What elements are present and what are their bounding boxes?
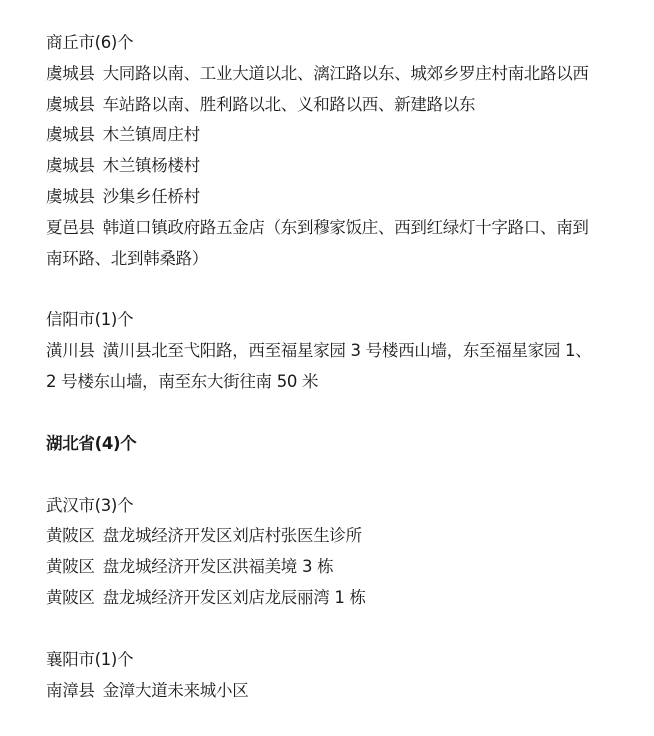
spacer <box>46 398 646 429</box>
list-item: 南漳县金漳大道未来城小区 <box>46 676 646 707</box>
spacer <box>46 460 646 491</box>
list-item: 虞城县大同路以南、工业大道以北、漓江路以东、城郊乡罗庄村南北路以西 <box>46 59 646 90</box>
list-item: 虞城县沙集乡任桥村 <box>46 182 646 213</box>
list-item: 夏邑县韩道口镇政府路五金店（东到穆家饭庄、西到红绿灯十字路口、南到 <box>46 213 646 244</box>
location-text: 木兰镇周庄村 <box>103 125 200 144</box>
city-header-xinyang: 信阳市(1)个 <box>46 305 646 336</box>
document-body: 商丘市(6)个 虞城县大同路以南、工业大道以北、漓江路以东、城郊乡罗庄村南北路以… <box>46 28 646 706</box>
county-name: 虞城县 <box>46 156 95 175</box>
county-name: 虞城县 <box>46 125 95 144</box>
location-text: 沙集乡任桥村 <box>103 187 200 206</box>
county-name: 黄陂区 <box>46 557 95 576</box>
list-item: 虞城县木兰镇杨楼村 <box>46 151 646 182</box>
city-header-xiangyang: 襄阳市(1)个 <box>46 645 646 676</box>
spacer <box>46 274 646 305</box>
county-name: 南漳县 <box>46 681 95 700</box>
county-name: 黄陂区 <box>46 526 95 545</box>
list-item: 虞城县木兰镇周庄村 <box>46 120 646 151</box>
spacer <box>46 614 646 645</box>
province-header-hubei: 湖北省(4)个 <box>46 429 646 460</box>
list-item: 虞城县车站路以南、胜利路以北、义和路以西、新建路以东 <box>46 90 646 121</box>
location-text: 韩道口镇政府路五金店（东到穆家饭庄、西到红绿灯十字路口、南到 <box>103 218 589 237</box>
location-text: 金漳大道未来城小区 <box>103 681 249 700</box>
county-name: 黄陂区 <box>46 588 95 607</box>
list-item: 黄陂区盘龙城经济开发区洪福美境 3 栋 <box>46 552 646 583</box>
list-item: 潢川县潢川县北至弋阳路，西至福星家园 3 号楼西山墙，东至福星家园 1、 <box>46 336 646 367</box>
list-item-continuation: 南环路、北到韩桑路） <box>46 244 646 275</box>
location-text: 车站路以南、胜利路以北、义和路以西、新建路以东 <box>103 95 476 114</box>
city-header-shangqiu: 商丘市(6)个 <box>46 28 646 59</box>
location-text: 潢川县北至弋阳路，西至福星家园 3 号楼西山墙，东至福星家园 1、 <box>103 341 592 360</box>
list-item: 黄陂区盘龙城经济开发区刘店村张医生诊所 <box>46 521 646 552</box>
location-text: 盘龙城经济开发区刘店龙辰丽湾 1 栋 <box>103 588 366 607</box>
county-name: 潢川县 <box>46 341 95 360</box>
county-name: 虞城县 <box>46 64 95 83</box>
county-name: 夏邑县 <box>46 218 95 237</box>
location-text: 木兰镇杨楼村 <box>103 156 200 175</box>
location-text: 盘龙城经济开发区刘店村张医生诊所 <box>103 526 362 545</box>
location-text: 盘龙城经济开发区洪福美境 3 栋 <box>103 557 334 576</box>
list-item-continuation: 2 号楼东山墙，南至东大街往南 50 米 <box>46 367 646 398</box>
county-name: 虞城县 <box>46 187 95 206</box>
list-item: 黄陂区盘龙城经济开发区刘店龙辰丽湾 1 栋 <box>46 583 646 614</box>
city-header-wuhan: 武汉市(3)个 <box>46 491 646 522</box>
location-text: 大同路以南、工业大道以北、漓江路以东、城郊乡罗庄村南北路以西 <box>103 64 589 83</box>
county-name: 虞城县 <box>46 95 95 114</box>
